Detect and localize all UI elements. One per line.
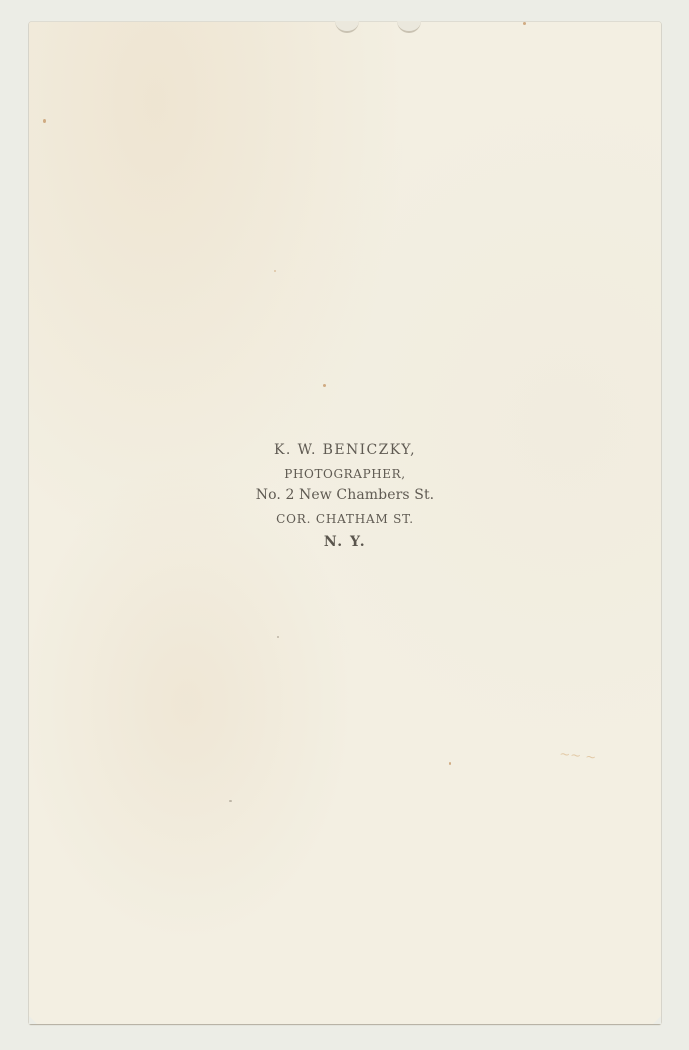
city: N. Y. xyxy=(29,534,661,550)
foxing-spot xyxy=(449,762,451,765)
photographer-title: PHOTOGRAPHER, xyxy=(29,467,661,481)
pencil-stain: ~~ ~ xyxy=(558,747,620,773)
card-edge-notch xyxy=(397,21,421,33)
foxing-spot xyxy=(323,384,326,387)
foxing-spot xyxy=(523,22,526,25)
foxing-spot xyxy=(277,636,279,638)
street-address: No. 2 New Chambers St. xyxy=(29,487,661,503)
photographer-imprint: K. W. BENICZKY, PHOTOGRAPHER, No. 2 New … xyxy=(29,442,661,550)
card-edge-notch xyxy=(335,21,359,33)
foxing-spot xyxy=(43,119,46,123)
cross-street: COR. CHATHAM ST. xyxy=(29,512,661,526)
worn-corner xyxy=(653,1016,661,1024)
foxing-spot xyxy=(274,270,276,272)
worn-corner xyxy=(29,1016,37,1024)
photo-card-back: K. W. BENICZKY, PHOTOGRAPHER, No. 2 New … xyxy=(29,22,661,1024)
foxing-spot xyxy=(229,800,232,802)
photographer-name: K. W. BENICZKY, xyxy=(29,442,661,458)
